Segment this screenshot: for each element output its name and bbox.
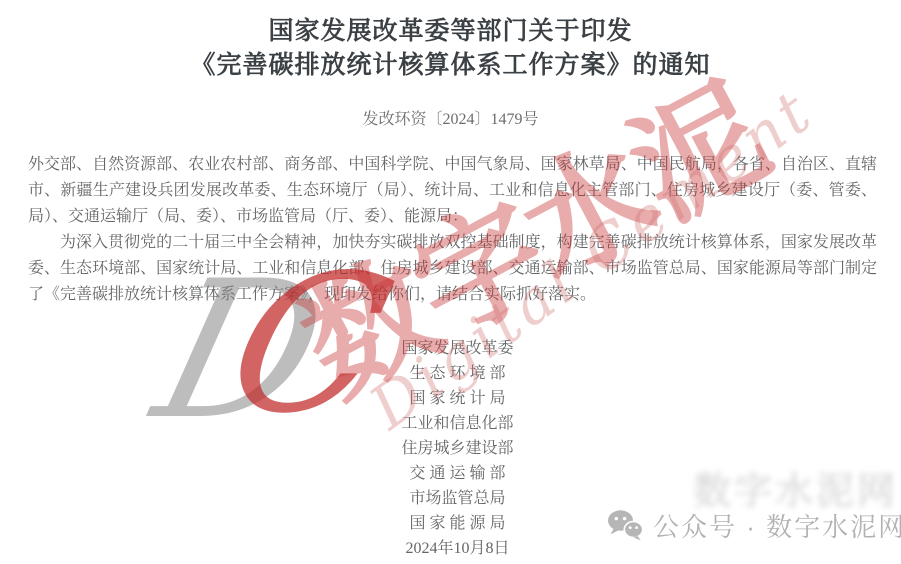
document-body: 外交部、自然资源部、农业农村部、商务部、中国科学院、中国气象局、国家林草局、中国… bbox=[28, 152, 877, 308]
signature-line: 交 通 运 输 部 bbox=[7, 461, 901, 486]
signature-line: 住房城乡建设部 bbox=[7, 436, 901, 461]
addressee-paragraph: 外交部、自然资源部、农业农村部、商务部、中国科学院、中国气象局、国家林草局、中国… bbox=[28, 152, 877, 230]
signature-line: 国 家 统 计 局 bbox=[7, 386, 901, 411]
wechat-icon bbox=[607, 509, 644, 542]
title-line-1: 国家发展改革委等部门关于印发 bbox=[0, 14, 901, 48]
wechat-badge: 公众号 · 数字水泥网 bbox=[607, 507, 901, 544]
document-title: 国家发展改革委等部门关于印发 《完善碳排放统计核算体系工作方案》的通知 bbox=[0, 14, 901, 82]
signature-line: 国家发展改革委 bbox=[7, 336, 901, 361]
wechat-label: 公众号 · 数字水泥网 bbox=[653, 507, 901, 544]
main-paragraph: 为深入贯彻党的二十届三中全会精神，加快夯实碳排放双控基础制度，构建完善碳排放统计… bbox=[28, 230, 877, 308]
signature-line: 生 态 环 境 部 bbox=[7, 361, 901, 386]
document-page: 国家发展改革委等部门关于印发 《完善碳排放统计核算体系工作方案》的通知 发改环资… bbox=[0, 0, 901, 564]
signature-line: 工业和信息化部 bbox=[7, 411, 901, 436]
document-number: 发改环资〔2024〕1479号 bbox=[0, 110, 901, 130]
title-line-2: 《完善碳排放统计核算体系工作方案》的通知 bbox=[0, 48, 901, 82]
